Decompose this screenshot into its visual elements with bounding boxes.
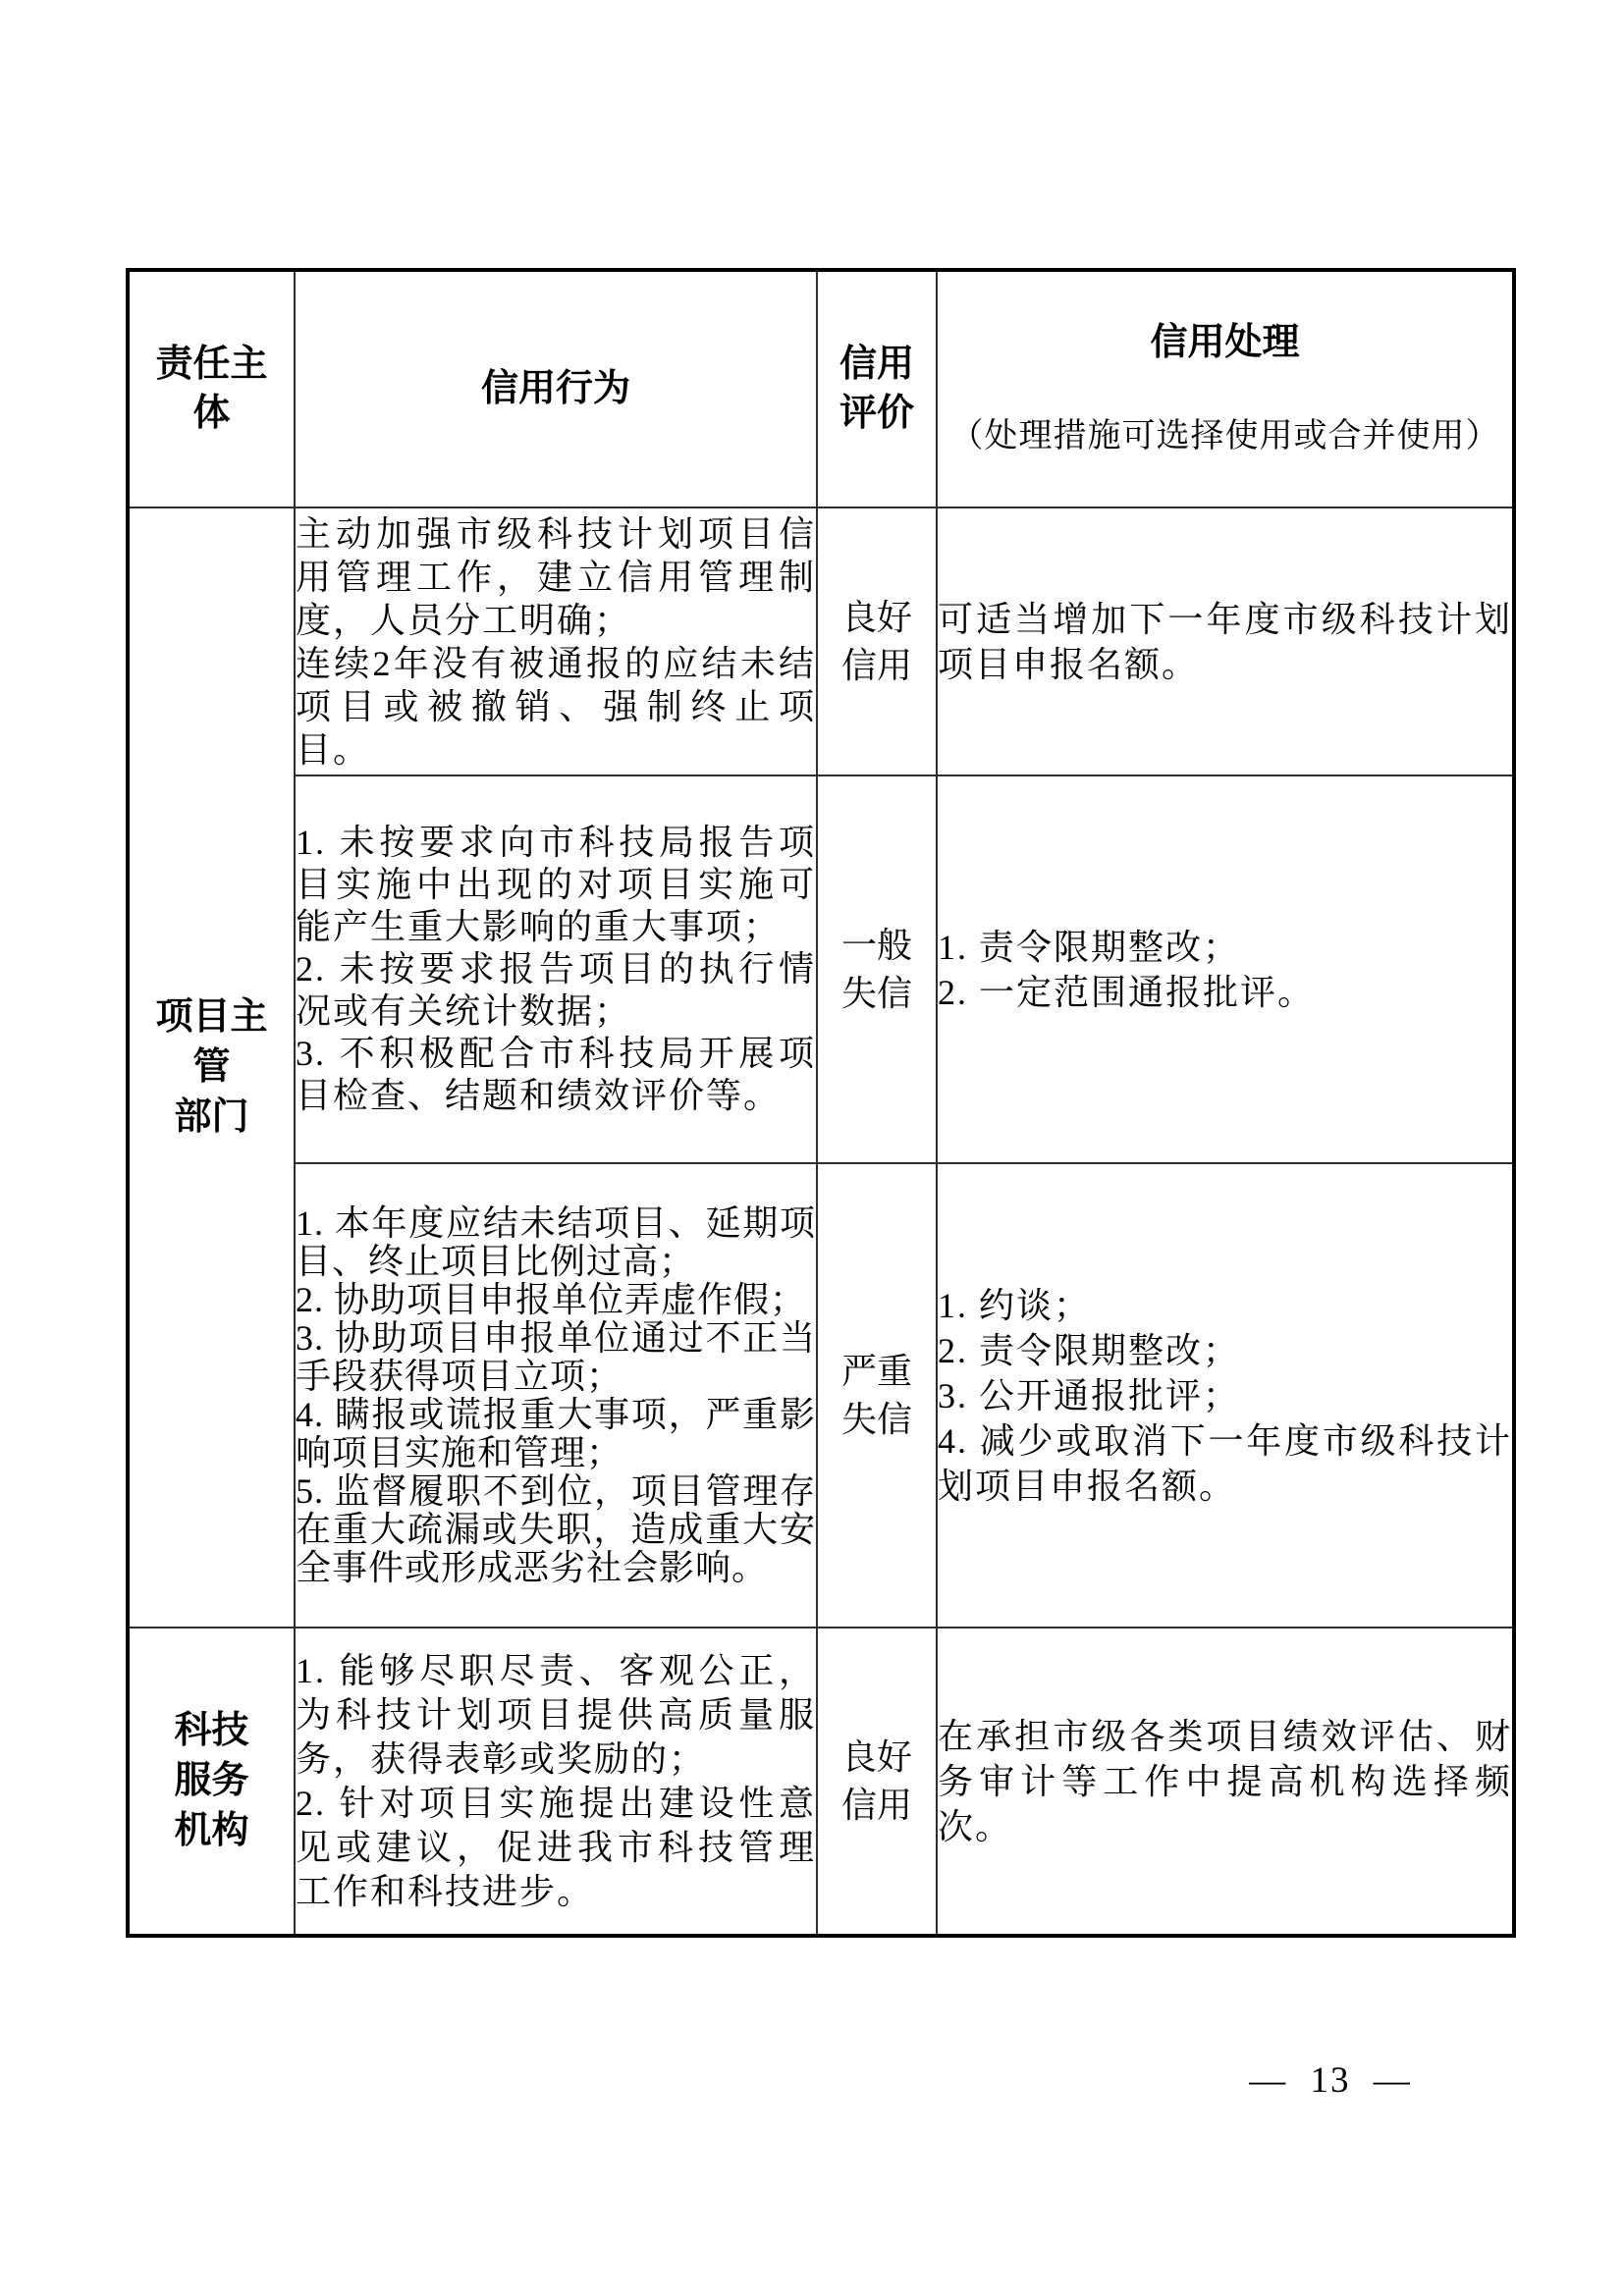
table-row: 科技 服务 机构 1. 能够尽职尽责、客观公正，为科技计划项目提供高质量服务，获…: [128, 1628, 1514, 1936]
subject-tech-service-agency: 科技 服务 机构: [128, 1628, 295, 1936]
table-row: 1. 未按要求向市科技局报告项目实施中出现的对项目实施可能产生重大影响的重大事项…: [128, 775, 1514, 1163]
behavior-cell: 1. 本年度应结未结项目、延期项目、终止项目比例过高； 2. 协助项目申报单位弄…: [295, 1163, 817, 1628]
rating-cell: 良好 信用: [817, 1628, 937, 1936]
credit-management-table: 责任主 体 信用行为 信用 评价 信用处理 （处理措施可选择使用或合并使用） 项…: [126, 268, 1516, 1938]
header-handling-note: （处理措施可选择使用或合并使用）: [938, 415, 1512, 458]
behavior-cell: 主动加强市级科技计划项目信用管理工作，建立信用管理制度，人员分工明确； 连续2年…: [295, 507, 817, 775]
header-handling: 信用处理 （处理措施可选择使用或合并使用）: [937, 270, 1514, 507]
document-page: 责任主 体 信用行为 信用 评价 信用处理 （处理措施可选择使用或合并使用） 项…: [0, 0, 1624, 2296]
handling-cell: 1. 约谈； 2. 责令限期整改； 3. 公开通报批评； 4. 减少或取消下一年…: [937, 1163, 1514, 1628]
table-header-row: 责任主 体 信用行为 信用 评价 信用处理 （处理措施可选择使用或合并使用）: [128, 270, 1514, 507]
rating-cell: 良好 信用: [817, 507, 937, 775]
subject-project-authority: 项目主 管 部门: [128, 507, 295, 1628]
table-row: 1. 本年度应结未结项目、延期项目、终止项目比例过高； 2. 协助项目申报单位弄…: [128, 1163, 1514, 1628]
header-rating: 信用 评价: [817, 270, 937, 507]
rating-cell: 一般 失信: [817, 775, 937, 1163]
handling-cell: 1. 责令限期整改； 2. 一定范围通报批评。: [937, 775, 1514, 1163]
page-number: — 13 —: [1218, 2059, 1443, 2102]
handling-cell: 在承担市级各类项目绩效评估、财务审计等工作中提高机构选择频次。: [937, 1628, 1514, 1936]
behavior-cell: 1. 能够尽职尽责、客观公正，为科技计划项目提供高质量服务，获得表彰或奖励的； …: [295, 1628, 817, 1936]
rating-cell: 严重 失信: [817, 1163, 937, 1628]
behavior-cell: 1. 未按要求向市科技局报告项目实施中出现的对项目实施可能产生重大影响的重大事项…: [295, 775, 817, 1163]
table-row: 项目主 管 部门 主动加强市级科技计划项目信用管理工作，建立信用管理制度，人员分…: [128, 507, 1514, 775]
header-subject: 责任主 体: [128, 270, 295, 507]
header-handling-title: 信用处理: [938, 320, 1512, 367]
handling-cell: 可适当增加下一年度市级科技计划项目申报名额。: [937, 507, 1514, 775]
header-behavior: 信用行为: [295, 270, 817, 507]
